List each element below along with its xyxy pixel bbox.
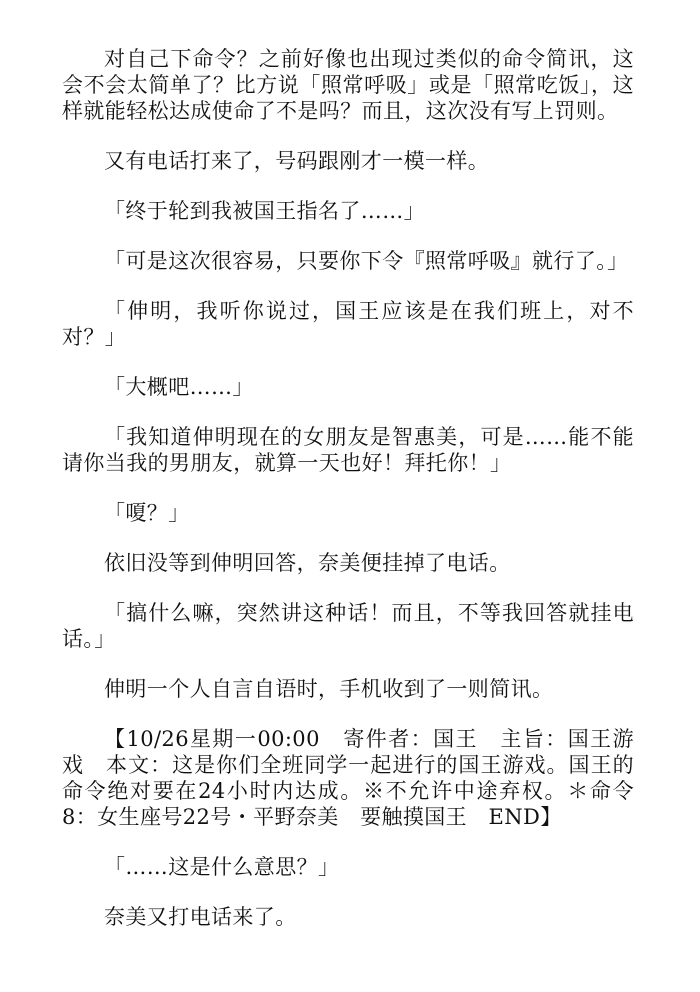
- paragraph-dialogue: 「伸明，我听你说过，国王应该是在我们班上，对不对？」: [62, 298, 634, 350]
- paragraph-dialogue: 「……这是什么意思？」: [62, 854, 634, 880]
- paragraph-dialogue: 「可是这次很容易，只要你下令『照常呼吸』就行了。」: [62, 248, 634, 274]
- paragraph-narration: 奈美又打电话来了。: [62, 904, 634, 930]
- paragraph-narration-command: 对自己下命令？之前好像也出现过类似的命令简讯，这会不会太简单了？比方说「照常呼吸…: [62, 46, 634, 124]
- paragraph-dialogue: 「嗄？」: [62, 500, 634, 526]
- paragraph-narration: 依旧没等到伸明回答，奈美便挂掉了电话。: [62, 550, 634, 576]
- paragraph-text-message: 【10/26星期一00:00 寄件者：国王 主旨：国王游戏 本文：这是你们全班同…: [62, 726, 634, 830]
- paragraph-dialogue: 「搞什么嘛，突然讲这种话！而且，不等我回答就挂电话。」: [62, 600, 634, 652]
- paragraph-phone-call: 又有电话打来了，号码跟刚才一模一样。: [62, 148, 634, 174]
- paragraph-dialogue: 「终于轮到我被国王指名了……」: [62, 198, 634, 224]
- document-page: 对自己下命令？之前好像也出现过类似的命令简讯，这会不会太简单了？比方说「照常呼吸…: [62, 46, 634, 954]
- paragraph-narration: 伸明一个人自言自语时，手机收到了一则简讯。: [62, 676, 634, 702]
- paragraph-dialogue: 「大概吧……」: [62, 374, 634, 400]
- paragraph-dialogue: 「我知道伸明现在的女朋友是智惠美，可是……能不能请你当我的男朋友，就算一天也好！…: [62, 424, 634, 476]
